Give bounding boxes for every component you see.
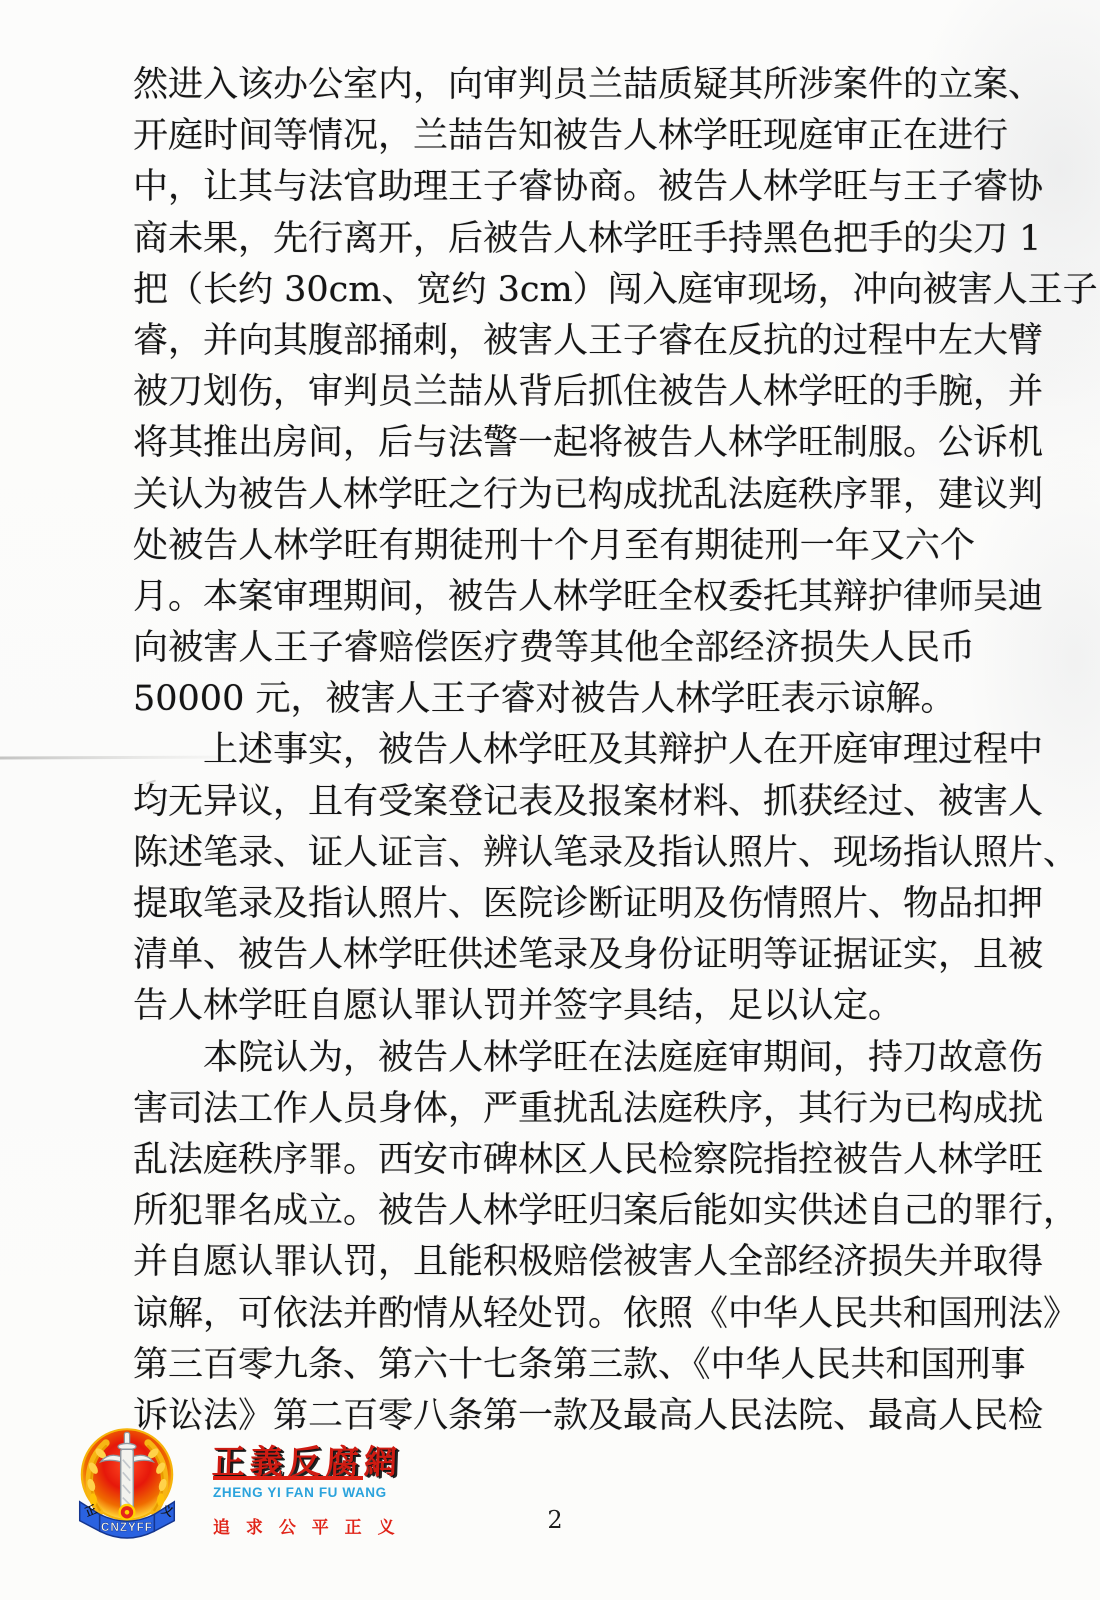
watermark-divider [213, 1476, 363, 1480]
text-line: 本案审理期间，被告人林学旺全权委托其辩护律师吴迪 [133, 572, 975, 623]
text-line: 关认为被告人林学旺之行为已构成扰乱法庭秩序罪，建议判 [133, 470, 975, 521]
page-number: 2 [515, 1506, 595, 1534]
text-line: 将其推出房间，后与法警一起将被告人林学旺制服。公诉机 [133, 418, 975, 469]
text-line: 中，让其与法官助理王子睿协商。被告人林学旺与王子睿协 [133, 162, 975, 213]
text-line: 谅解，可依法并酌情从轻处罚。依照《中华人民共和国刑法》 [133, 1289, 975, 1340]
text-line: 向被害人王子睿赔偿医疗费等其他全部经济损失人民币 [133, 623, 975, 674]
text-line: 乱法庭秩序罪。西安市碑林区人民检察院指控被告人林学旺 [133, 1135, 975, 1186]
text-line: 第三百零九条、第六十七条第三款、《中华人民共和国刑事 [133, 1340, 975, 1391]
text-line: 提取笔录及指认照片、医院诊断证明及伤情照片、物品扣押 [133, 879, 975, 930]
justice-emblem-icon: CNZYFF 正 义 [72, 1424, 182, 1548]
text-line: 50000 元，被害人王子睿对被告人林学旺表示谅解。 [133, 674, 975, 725]
document-text: 然进入该办公室内，向审判员兰喆质疑其所涉案件的立案、开庭时间等情况，兰喆告知被告… [133, 60, 975, 1442]
badge-text: CNZYFF [101, 1522, 153, 1534]
text-line: 告人林学旺自愿认罪认罚并签字具结，足以认定。 [133, 981, 975, 1032]
scanned-page: 然进入该办公室内，向审判员兰喆质疑其所涉案件的立案、开庭时间等情况，兰喆告知被告… [0, 0, 1100, 1600]
text-line: 然进入该办公室内，向审判员兰喆质疑其所涉案件的立案、 [133, 60, 975, 111]
text-line: 睿，并向其腹部捅刺，被害人王子睿在反抗的过程中左大臂 [133, 316, 975, 367]
watermark: CNZYFF 正 义 正義反腐網 ZHENG YI FAN FU WANG 追 … [72, 1424, 492, 1584]
text-line: 所犯罪名成立。被告人林学旺归案后能如实供述自己的罪行， [133, 1186, 975, 1237]
watermark-pinyin: ZHENG YI FAN FU WANG [213, 1485, 387, 1500]
text-line: 被刀划伤，审判员兰喆从背后抓住被告人林学旺的手腕，并 [133, 367, 975, 418]
text-line: 并自愿认罪认罚，且能积极赔偿被害人全部经济损失并取得 [133, 1237, 975, 1288]
text-line: 处被告人林学旺有期徒刑十个月至有期徒刑一年又六个月。 [133, 521, 975, 572]
text-line: 商未果，先行离开，后被告人林学旺手持黑色把手的尖刀 1 [133, 214, 975, 265]
text-line: 清单、被告人林学旺供述笔录及身份证明等证据证实，且被 [133, 930, 975, 981]
text-line: 上述事实，被告人林学旺及其辩护人在开庭审理过程中 [133, 725, 975, 776]
text-line: 均无异议，且有受案登记表及报案材料、抓获经过、被害人 [133, 777, 975, 828]
text-line: 开庭时间等情况，兰喆告知被告人林学旺现庭审正在进行 [133, 111, 975, 162]
text-line: 把（长约 30cm、宽约 3cm）闯入庭审现场，冲向被害人王子 [133, 265, 975, 316]
watermark-slogan: 追 求 公 平 正 义 [213, 1513, 400, 1538]
text-line: 陈述笔录、证人证言、辨认笔录及指认照片、现场指认照片、 [133, 828, 975, 879]
text-line: 本院认为，被告人林学旺在法庭庭审期间，持刀故意伤 [133, 1033, 975, 1084]
text-line: 害司法工作人员身体，严重扰乱法庭秩序，其行为已构成扰 [133, 1084, 975, 1135]
